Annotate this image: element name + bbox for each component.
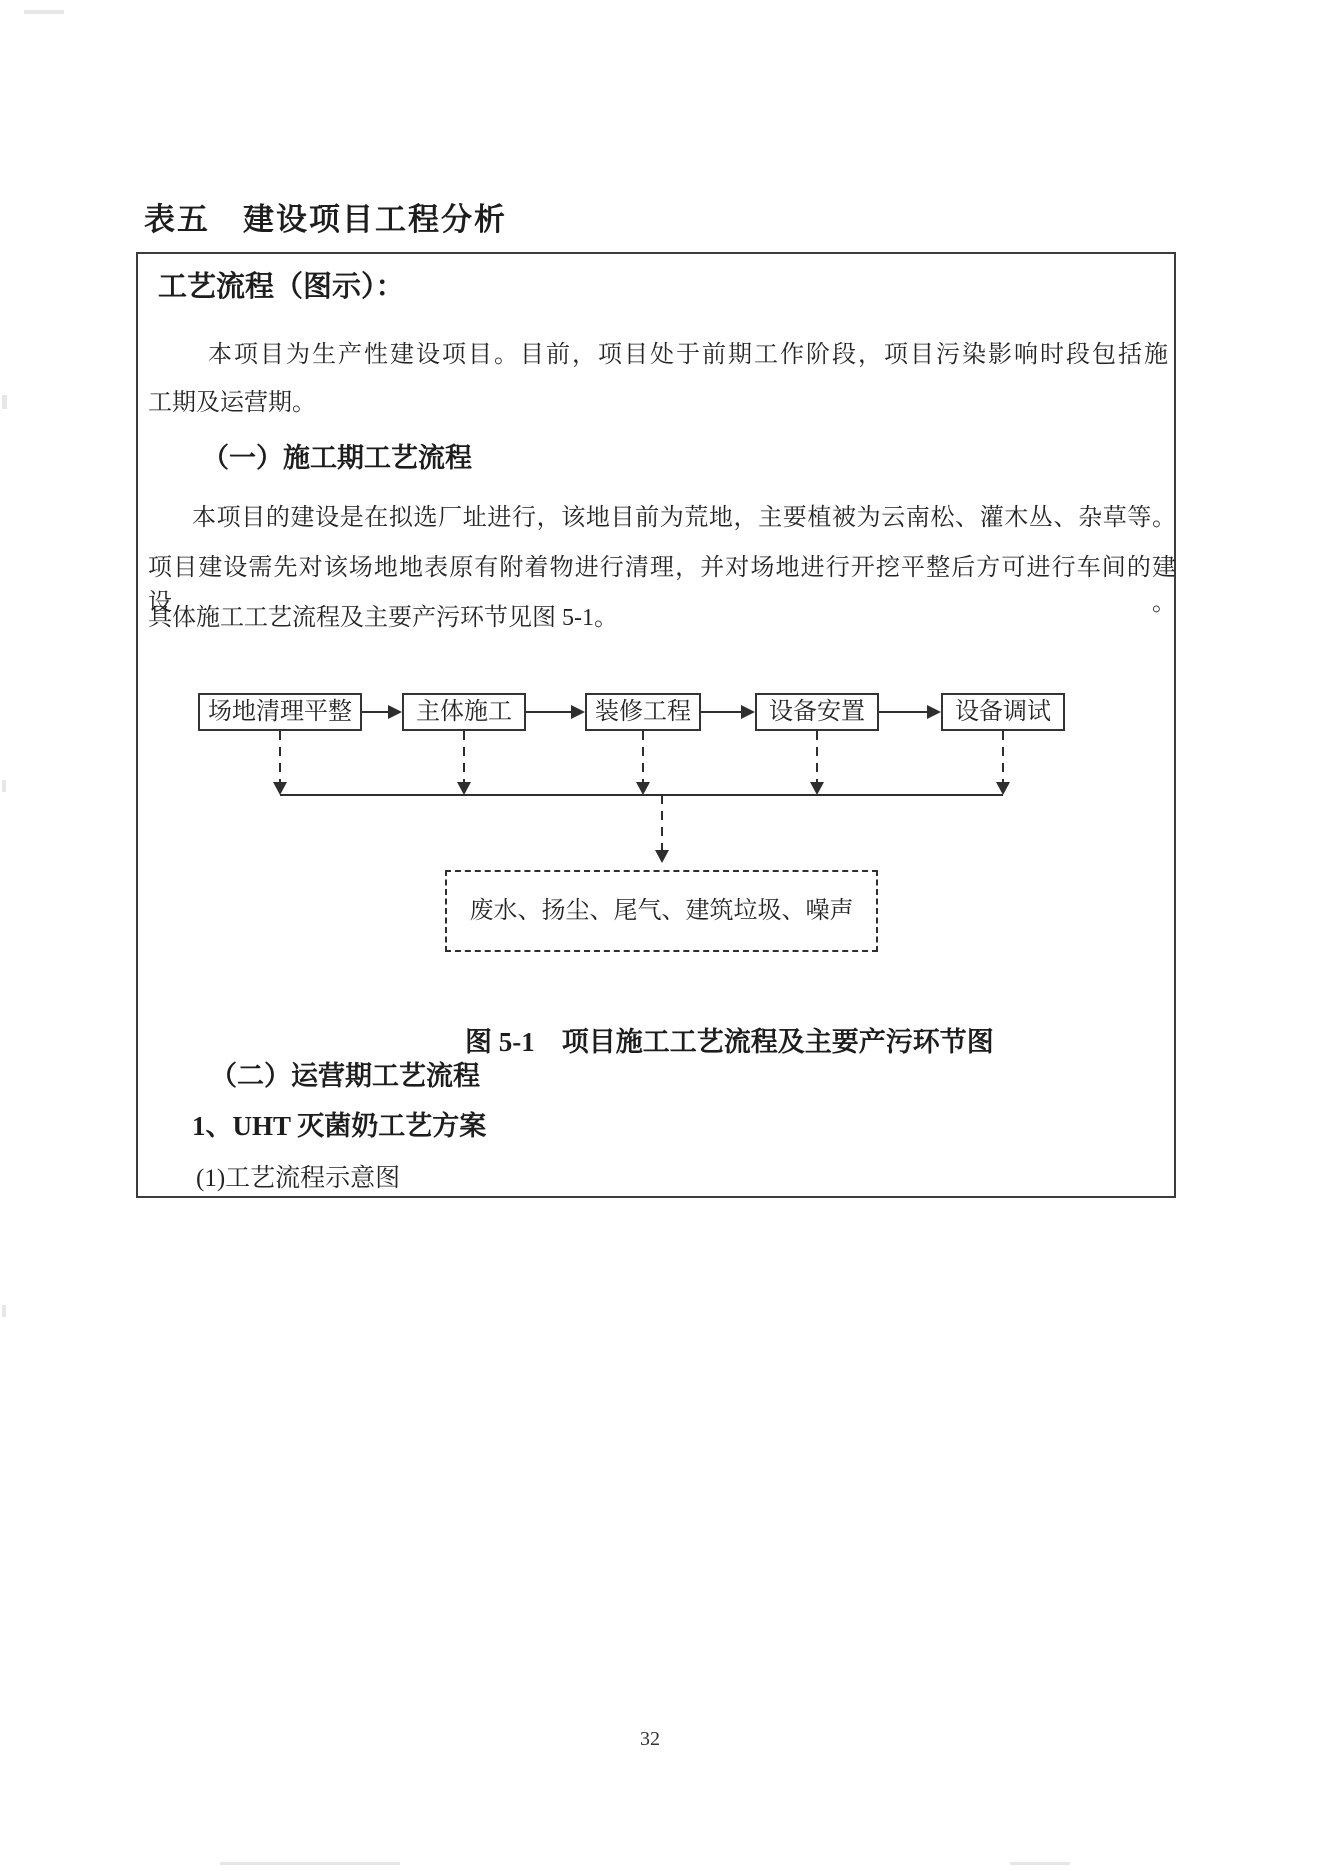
arrow-down-icon	[636, 731, 650, 795]
arrow-right-icon	[701, 705, 755, 719]
arrow-down-icon	[996, 731, 1010, 795]
pollution-sources-box: 废水、扬尘、尾气、建筑垃圾、噪声	[445, 870, 878, 952]
arrow-down-icon	[655, 795, 669, 863]
arrow-right-icon	[526, 705, 585, 719]
uht-process-item: 1、UHT 灭菌奶工艺方案	[192, 1104, 486, 1143]
arrow-right-icon	[879, 705, 941, 719]
figure-caption: 图 5-1 项目施工工艺流程及主要产污环节图	[465, 1020, 994, 1059]
arrow-down-icon	[810, 731, 824, 795]
process-diagram-item: (1)工艺流程示意图	[196, 1158, 400, 1194]
page-number: 32	[640, 1728, 660, 1751]
subsection2-heading: （二）运营期工艺流程	[210, 1054, 480, 1093]
arrow-right-icon	[362, 705, 402, 719]
document-page: 表五 建设项目工程分析 工艺流程（图示）： 本项目为生产性建设项目。目前，项目处…	[0, 0, 1323, 1871]
arrow-down-icon	[457, 731, 471, 795]
arrow-down-icon	[273, 731, 287, 795]
